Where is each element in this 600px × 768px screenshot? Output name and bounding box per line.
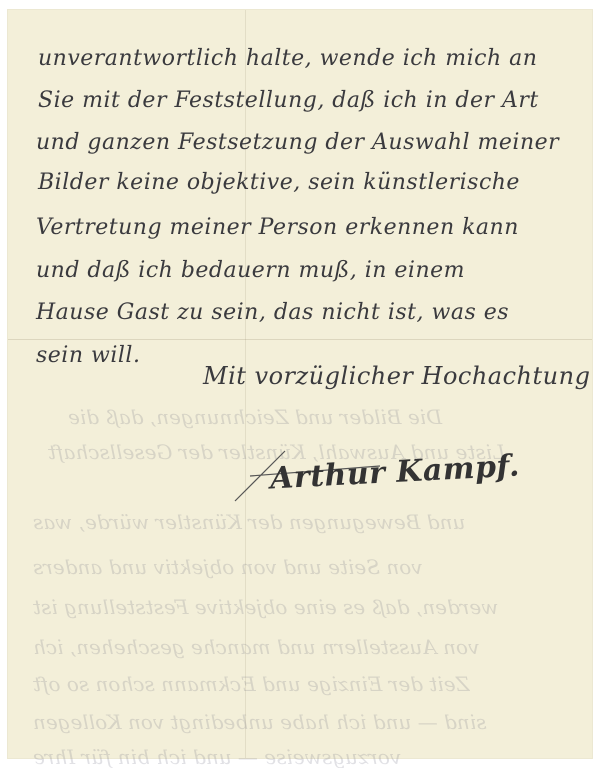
letter-line-5: Vertretung meiner Person erkennen kann xyxy=(36,215,519,240)
letter-line-7: Hause Gast zu sein, das nicht ist, was e… xyxy=(36,300,509,325)
bleed-through-line: werden, daß es eine objektive Feststellu… xyxy=(33,595,498,619)
letter-line-2: Sie mit der Feststellung, daß ich in der… xyxy=(38,88,539,113)
bleed-through-line: von Seite und von objektiv und anders xyxy=(33,555,423,579)
letter-line-1: unverantwortlich halte, wende ich mich a… xyxy=(38,46,537,71)
letter-line-3: und ganzen Festsetzung der Auswahl meine… xyxy=(36,130,559,155)
bleed-through-line: von Ausstellern und manche geschehen, ic… xyxy=(33,635,479,659)
letter-closing: Mit vorzüglicher Hochachtung xyxy=(203,362,590,390)
bleed-through-line: und Bewegungen der Künstler würde, was xyxy=(33,510,465,534)
letter-page: Die Bilder und Zeichnungen, daß die List… xyxy=(8,10,592,758)
bleed-through-line: Die Bilder und Zeichnungen, daß die xyxy=(68,405,442,429)
letter-line-8: sein will. xyxy=(36,343,140,368)
bleed-through-line: Zeit der Einzige und Eckmann schon so of… xyxy=(33,672,470,696)
bleed-through-line: vorzugsweise — und ich bin für Ihre xyxy=(33,745,401,768)
bleed-through-line: sind — und ich habe unbedingt von Kolleg… xyxy=(33,710,486,734)
letter-line-4: Bilder keine objektive, sein künstlerisc… xyxy=(38,170,520,195)
fold-crease-horizontal xyxy=(8,339,592,340)
letter-line-6: und daß ich bedauern muß, in einem xyxy=(36,258,465,283)
